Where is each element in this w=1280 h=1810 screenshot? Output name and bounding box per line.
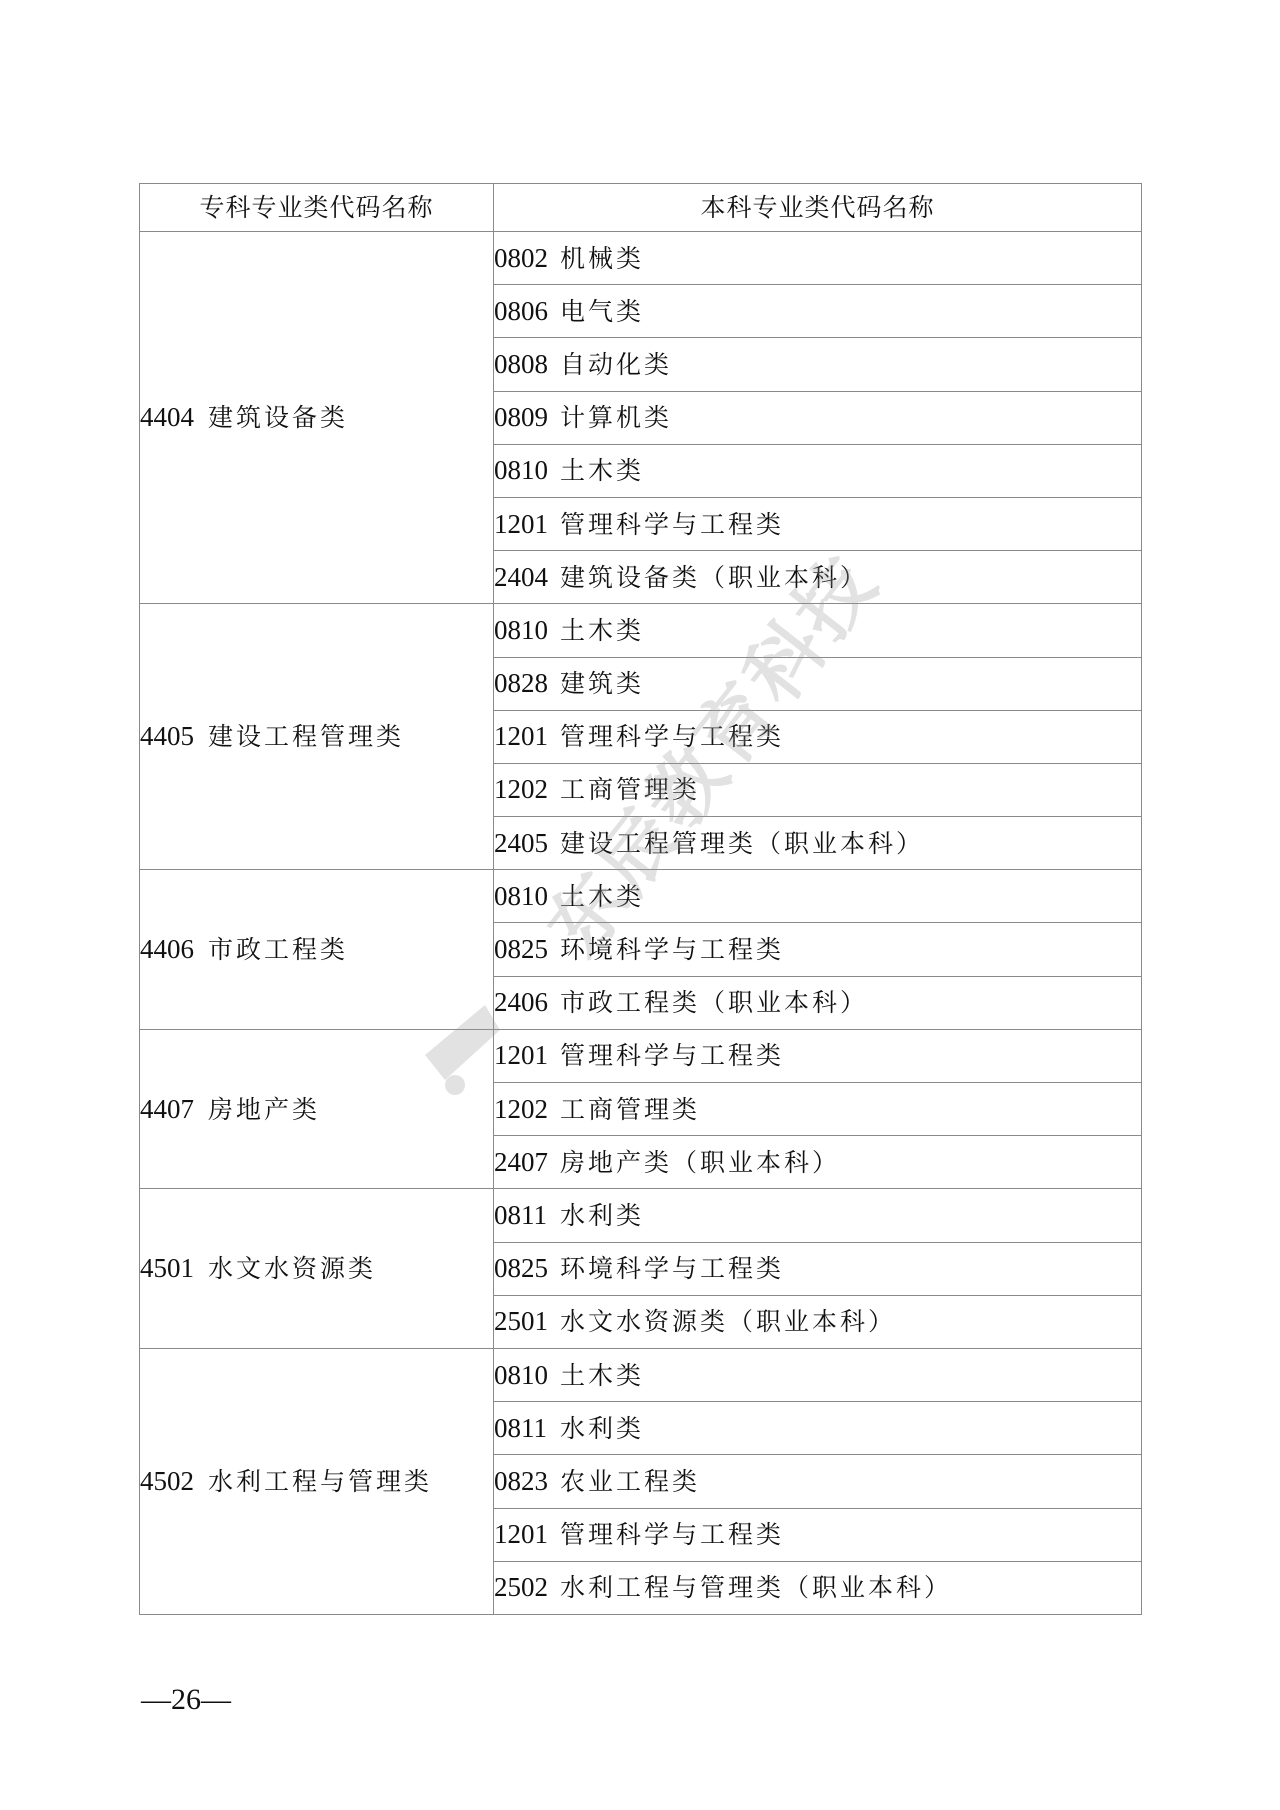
undergraduate-major-cell: 0808自动化类 [494,338,1142,391]
undergraduate-major-code: 1201 [494,1042,552,1069]
undergraduate-major-cell: 1202工商管理类 [494,763,1142,816]
undergraduate-major-cell: 0811水利类 [494,1402,1142,1455]
undergraduate-major-cell: 0802机械类 [494,232,1142,285]
undergraduate-major-name: 土木类 [560,456,644,485]
undergraduate-major-name: 电气类 [560,297,644,326]
undergraduate-major-cell: 0810土木类 [494,870,1142,923]
undergraduate-major-cell: 2406市政工程类（职业本科） [494,976,1142,1029]
undergraduate-major-cell: 0806电气类 [494,285,1142,338]
vocational-major-code: 4404 [140,404,198,431]
undergraduate-major-code: 0811 [494,1202,552,1229]
undergraduate-major-code: 0828 [494,670,552,697]
undergraduate-major-name: 土木类 [560,882,644,911]
table-row: 4405建设工程管理类0810土木类 [140,604,1142,657]
undergraduate-major-name: 市政工程类（职业本科） [560,988,868,1017]
undergraduate-major-cell: 1201管理科学与工程类 [494,710,1142,763]
undergraduate-major-cell: 2407房地产类（职业本科） [494,1136,1142,1189]
undergraduate-major-code: 0802 [494,245,552,272]
undergraduate-major-name: 水利工程与管理类（职业本科） [560,1573,952,1602]
undergraduate-major-cell: 1201管理科学与工程类 [494,1029,1142,1082]
undergraduate-major-cell: 1201管理科学与工程类 [494,1508,1142,1561]
vocational-major-code: 4502 [140,1468,198,1495]
vocational-major-code: 4406 [140,936,198,963]
vocational-major-cell: 4405建设工程管理类 [140,604,494,870]
undergraduate-major-cell: 0810土木类 [494,604,1142,657]
undergraduate-major-name: 环境科学与工程类 [560,1254,784,1283]
undergraduate-major-cell: 1202工商管理类 [494,1083,1142,1136]
undergraduate-major-cell: 0825环境科学与工程类 [494,1242,1142,1295]
undergraduate-major-cell: 0811水利类 [494,1189,1142,1242]
header-undergraduate-major: 本科专业类代码名称 [494,184,1142,232]
header-vocational-major: 专科专业类代码名称 [140,184,494,232]
undergraduate-major-code: 0811 [494,1415,552,1442]
table-row: 4407房地产类1201管理科学与工程类 [140,1029,1142,1082]
undergraduate-major-code: 0810 [494,883,552,910]
undergraduate-major-code: 2502 [494,1574,552,1601]
undergraduate-major-code: 0809 [494,404,552,431]
table-row: 4501水文水资源类0811水利类 [140,1189,1142,1242]
undergraduate-major-code: 0810 [494,457,552,484]
vocational-major-name: 建筑设备类 [208,403,348,432]
vocational-major-cell: 4502水利工程与管理类 [140,1348,494,1614]
undergraduate-major-name: 工商管理类 [560,1095,700,1124]
undergraduate-major-name: 管理科学与工程类 [560,1520,784,1549]
vocational-major-name: 水利工程与管理类 [208,1467,432,1496]
vocational-major-name: 建设工程管理类 [208,722,404,751]
undergraduate-major-code: 1201 [494,723,552,750]
undergraduate-major-code: 0810 [494,617,552,644]
undergraduate-major-cell: 0828建筑类 [494,657,1142,710]
document-page: 专科专业类代码名称 本科专业类代码名称 4404建筑设备类0802机械类0806… [0,0,1280,1810]
vocational-major-cell: 4501水文水资源类 [140,1189,494,1349]
undergraduate-major-code: 1202 [494,776,552,803]
undergraduate-major-cell: 2405建设工程管理类（职业本科） [494,817,1142,870]
undergraduate-major-name: 土木类 [560,1361,644,1390]
undergraduate-major-code: 2406 [494,989,552,1016]
undergraduate-major-name: 建筑类 [560,669,644,698]
undergraduate-major-name: 管理科学与工程类 [560,722,784,751]
undergraduate-major-code: 0823 [494,1468,552,1495]
vocational-major-cell: 4406市政工程类 [140,870,494,1030]
undergraduate-major-name: 工商管理类 [560,775,700,804]
undergraduate-major-name: 水利类 [560,1414,644,1443]
undergraduate-major-name: 自动化类 [560,350,672,379]
undergraduate-major-cell: 0810土木类 [494,1348,1142,1401]
undergraduate-major-cell: 0823农业工程类 [494,1455,1142,1508]
vocational-major-name: 水文水资源类 [208,1254,376,1283]
vocational-major-cell: 4407房地产类 [140,1029,494,1189]
undergraduate-major-name: 水文水资源类（职业本科） [560,1307,896,1336]
table-body: 4404建筑设备类0802机械类0806电气类0808自动化类0809计算机类0… [140,232,1142,1615]
table-row: 4406市政工程类0810土木类 [140,870,1142,923]
table-row: 4404建筑设备类0802机械类 [140,232,1142,285]
undergraduate-major-name: 计算机类 [560,403,672,432]
table-header-row: 专科专业类代码名称 本科专业类代码名称 [140,184,1142,232]
undergraduate-major-name: 管理科学与工程类 [560,1041,784,1070]
undergraduate-major-name: 管理科学与工程类 [560,510,784,539]
undergraduate-major-code: 2407 [494,1149,552,1176]
undergraduate-major-code: 0808 [494,351,552,378]
vocational-major-name: 房地产类 [208,1095,320,1124]
undergraduate-major-code: 1201 [494,511,552,538]
undergraduate-major-cell: 2404建筑设备类（职业本科） [494,551,1142,604]
undergraduate-major-code: 0810 [494,1362,552,1389]
undergraduate-major-name: 环境科学与工程类 [560,935,784,964]
undergraduate-major-code: 0825 [494,936,552,963]
undergraduate-major-cell: 2502水利工程与管理类（职业本科） [494,1561,1142,1614]
undergraduate-major-code: 0806 [494,298,552,325]
undergraduate-major-cell: 1201管理科学与工程类 [494,497,1142,550]
vocational-major-code: 4405 [140,723,198,750]
undergraduate-major-name: 水利类 [560,1201,644,1230]
undergraduate-major-code: 2405 [494,830,552,857]
vocational-major-cell: 4404建筑设备类 [140,232,494,604]
undergraduate-major-code: 1201 [494,1521,552,1548]
undergraduate-major-code: 2404 [494,564,552,591]
undergraduate-major-code: 2501 [494,1308,552,1335]
undergraduate-major-name: 土木类 [560,616,644,645]
undergraduate-major-name: 建设工程管理类（职业本科） [560,829,924,858]
undergraduate-major-code: 1202 [494,1096,552,1123]
page-number: —26— [141,1683,231,1717]
undergraduate-major-name: 房地产类（职业本科） [560,1148,840,1177]
undergraduate-major-name: 机械类 [560,244,644,273]
vocational-major-code: 4501 [140,1255,198,1282]
table-row: 4502水利工程与管理类0810土木类 [140,1348,1142,1401]
undergraduate-major-cell: 0809计算机类 [494,391,1142,444]
undergraduate-major-code: 0825 [494,1255,552,1282]
vocational-major-name: 市政工程类 [208,935,348,964]
vocational-major-code: 4407 [140,1096,198,1123]
undergraduate-major-cell: 2501水文水资源类（职业本科） [494,1295,1142,1348]
undergraduate-major-cell: 0810土木类 [494,444,1142,497]
undergraduate-major-name: 农业工程类 [560,1467,700,1496]
undergraduate-major-cell: 0825环境科学与工程类 [494,923,1142,976]
major-mapping-table: 专科专业类代码名称 本科专业类代码名称 4404建筑设备类0802机械类0806… [139,183,1142,1615]
undergraduate-major-name: 建筑设备类（职业本科） [560,563,868,592]
